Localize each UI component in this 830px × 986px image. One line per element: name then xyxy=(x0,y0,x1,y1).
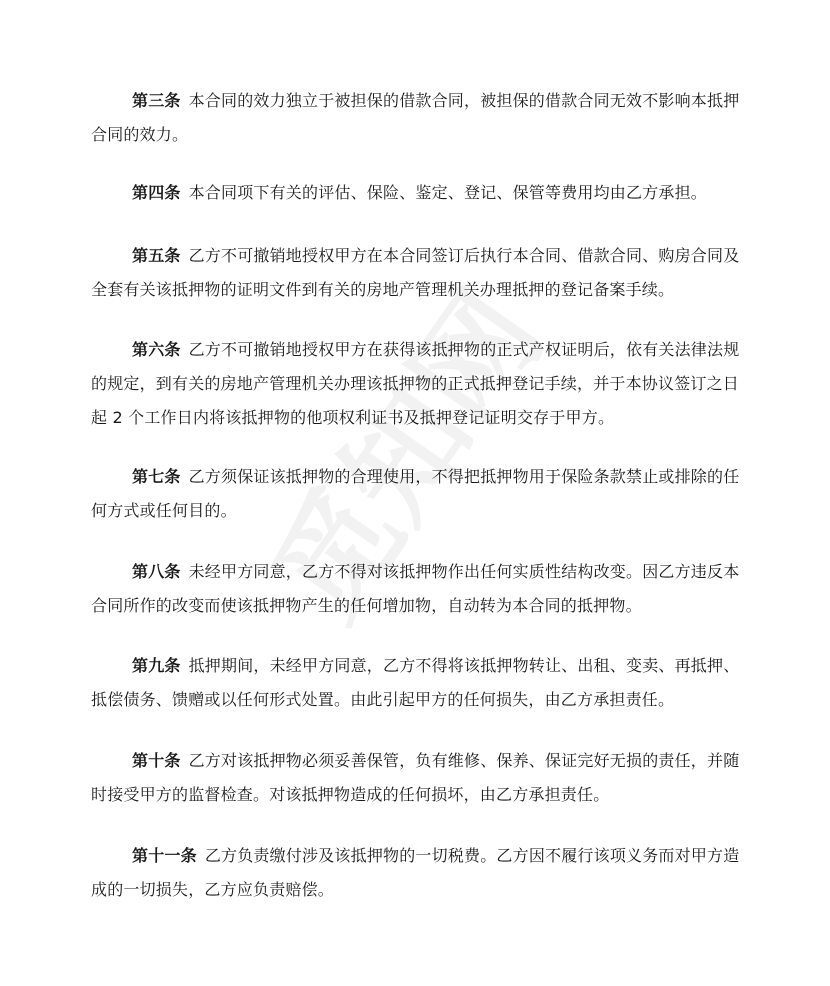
clause-number: 第七条 xyxy=(132,467,181,486)
clause-text: 抵押期间，未经甲方同意，乙方不得将该抵押物转让、出租、变卖、再抵押、抵偿债务、馈… xyxy=(91,656,739,709)
clause-6: 第六条乙方不可撤销地授权甲方在获得该抵押物的正式产权证明后，依有关法律法规的规定… xyxy=(91,333,745,435)
clause-number: 第三条 xyxy=(132,91,181,110)
clause-text: 本合同项下有关的评估、保险、鉴定、登记、保管等费用均由乙方承担。 xyxy=(189,183,707,202)
clause-text: 乙方不可撤销地授权甲方在获得该抵押物的正式产权证明后，依有关法律法规的规定，到有… xyxy=(91,340,739,427)
clause-4: 第四条本合同项下有关的评估、保险、鉴定、登记、保管等费用均由乙方承担。 xyxy=(91,176,745,210)
clause-text: 乙方须保证该抵押物的合理使用，不得把抵押物用于保险条款禁止或排除的任何方式或任何… xyxy=(91,467,739,520)
clause-8: 第八条未经甲方同意，乙方不得对该抵押物作出任何实质性结构改变。因乙方违反本合同所… xyxy=(91,555,745,623)
clause-9: 第九条抵押期间，未经甲方同意，乙方不得将该抵押物转让、出租、变卖、再抵押、抵偿债… xyxy=(91,649,745,717)
clause-number: 第九条 xyxy=(132,656,181,675)
clause-number: 第五条 xyxy=(132,246,181,265)
clause-number: 第八条 xyxy=(132,562,181,581)
clause-5: 第五条乙方不可撤销地授权甲方在本合同签订后执行本合同、借款合同、购房合同及全套有… xyxy=(91,239,745,307)
clause-text: 本合同的效力独立于被担保的借款合同，被担保的借款合同无效不影响本抵押合同的效力。 xyxy=(91,91,739,144)
clause-7: 第七条乙方须保证该抵押物的合理使用，不得把抵押物用于保险条款禁止或排除的任何方式… xyxy=(91,460,745,528)
clause-10: 第十条乙方对该抵押物必须妥善保管，负有维修、保养、保证完好无损的责任，并随时接受… xyxy=(91,744,745,812)
clause-text: 乙方不可撤销地授权甲方在本合同签订后执行本合同、借款合同、购房合同及全套有关该抵… xyxy=(91,246,739,299)
clause-3: 第三条本合同的效力独立于被担保的借款合同，被担保的借款合同无效不影响本抵押合同的… xyxy=(91,84,745,152)
clause-number: 第六条 xyxy=(132,340,181,359)
clause-number: 第十条 xyxy=(132,751,181,770)
clause-text: 乙方对该抵押物必须妥善保管，负有维修、保养、保证完好无损的责任，并随时接受甲方的… xyxy=(91,751,739,804)
clause-11: 第十一条乙方负责缴付涉及该抵押物的一切税费。乙方因不履行该项义务而对甲方造成的一… xyxy=(91,839,745,907)
clause-number: 第十一条 xyxy=(132,846,197,865)
clause-number: 第四条 xyxy=(132,183,181,202)
clause-text: 未经甲方同意，乙方不得对该抵押物作出任何实质性结构改变。因乙方违反本合同所作的改… xyxy=(91,562,739,615)
document-page: 觅知网 第三条本合同的效力独立于被担保的借款合同，被担保的借款合同无效不影响本抵… xyxy=(0,0,830,986)
